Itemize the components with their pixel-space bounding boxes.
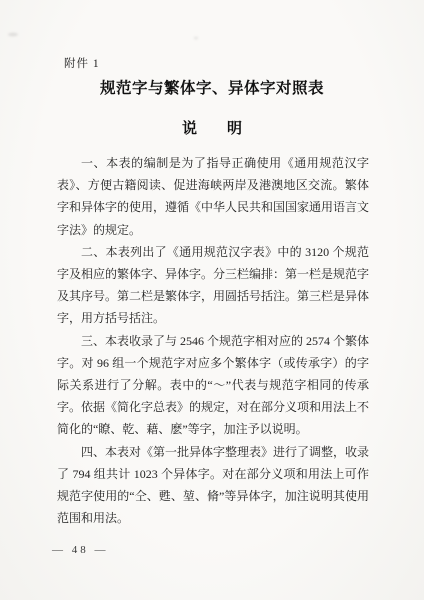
document-body: 一、本表的编制是为了指导正确使用《通用规范汉字表》、方便古籍阅读、促进海峡两岸及…: [57, 152, 369, 529]
paragraph-1: 一、本表的编制是为了指导正确使用《通用规范汉字表》、方便古籍阅读、促进海峡两岸及…: [57, 152, 369, 241]
document-title: 规范字与繁体字、异体字对照表: [0, 76, 424, 98]
page-number: — 48 —: [52, 544, 109, 556]
paragraph-3: 三、本表收录了与 2546 个规范字相对应的 2574 个繁体字。对 96 组一…: [57, 330, 369, 441]
paragraph-4: 四、本表对《第一批异体字整理表》进行了调整，收录了 794 组共计 1023 个…: [57, 441, 369, 530]
paragraph-2: 二、本表列出了《通用规范汉字表》中的 3120 个规范字及相应的繁体字、异体字。…: [57, 241, 369, 330]
section-heading: 说 明: [0, 117, 424, 138]
scan-artifact: [194, 37, 198, 39]
attachment-label: 附件 1: [64, 55, 100, 71]
scan-artifact: [8, 33, 18, 36]
document-page: 附件 1 规范字与繁体字、异体字对照表 说 明 一、本表的编制是为了指导正确使用…: [0, 0, 424, 600]
